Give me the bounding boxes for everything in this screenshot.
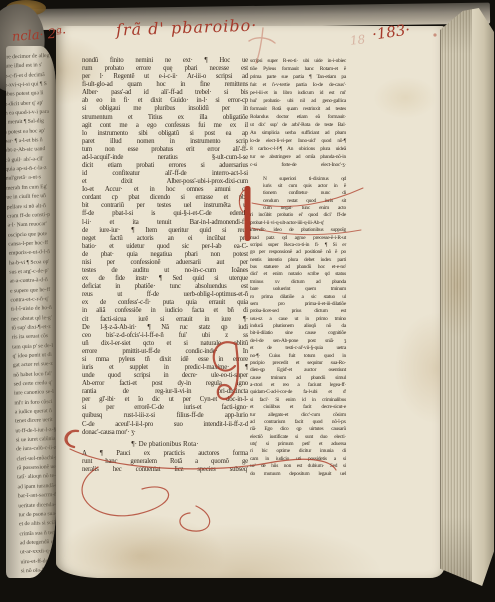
- text-line: nibus potest qua li: [6, 88, 56, 100]
- text-line: Ab-error facti-et post dy-in regula igno: [82, 380, 248, 388]
- text-line: N superiori ti-diximus qd: [263, 176, 346, 183]
- text-line: ut-ar-xxxii-q-v-c-z: [20, 546, 56, 558]
- text-line: de iure-iur· ¶ Item queritur quid si reu…: [82, 227, 248, 235]
- text-line: neget factũ actoris an ei incũbat pro: [82, 235, 248, 243]
- text-line: id confiteatur ali'-ff-de interro-act-l-…: [82, 170, 248, 178]
- text-line: n potest ea hoc ap': [6, 125, 56, 137]
- text-line: cendum restat quod iuris sit: [263, 198, 346, 205]
- text-line: tam quia p' se de-l: [12, 340, 56, 352]
- text-line: si mma pyleus tñ dixit idẽ esse in error…: [82, 356, 248, 364]
- text-line: pe-l-iii·et in libro iudicum id est mi': [250, 89, 346, 97]
- text-line: uiro-et-ff-de testi-l: [20, 555, 56, 567]
- text-line: ab eo in fi· et dixit Guido· in-l· si er…: [82, 97, 248, 105]
- text-line: tiõe Pyleus formauit hanc Rotam-et ẽ: [250, 65, 346, 73]
- text-line: De l-§-z-ã-Ab-iri· ¶ Nã ruc statz qp iud…: [82, 324, 248, 332]
- text-line: x meruit ¶ Sal-dig: [6, 116, 56, 128]
- text-line: pncipio precedit et sequitur sua-Ro·: [250, 360, 346, 367]
- text-line: C-de aceul'-l-ii-l-pro suo intendit-l-ii…: [82, 421, 248, 429]
- text-line: scripsi super Reca-co-ti-in fi· ¶ Si er: [250, 242, 346, 249]
- text-line: et dixit Alber-poss'-ubi-i-prox-dixi-cum: [82, 178, 248, 186]
- text-line: paret illud nomen in instrumento scrip: [82, 138, 248, 146]
- text-line: de-l-de sen-Ab-pone post sniã· ʒ: [250, 338, 346, 345]
- text-line: agit cont me a ego confessus fui me ex i…: [82, 122, 248, 130]
- text-line: sus et arg'-c-de-p': [9, 265, 56, 277]
- text-line: donac'-causa mor'· ʒ·: [82, 429, 248, 437]
- text-line: ue' de hiis non est dubium· Sed si: [250, 463, 346, 470]
- text-line: a·l· Nam reuocar': [7, 219, 56, 231]
- text-line: et de testi-c-al'-vii-§-quia uetra: [250, 345, 346, 352]
- text-line: cordant cp pbat dicendo si errasse et pb…: [82, 194, 248, 202]
- text-line: quidam-C-ad-l-cor-de fa-l-ubi et d': [250, 389, 346, 396]
- rubric-heading: ¶· De pbationibus Rota·: [82, 440, 248, 448]
- text-line: testes de auditu ut no-in-c-cum Ioãnes: [82, 267, 248, 275]
- text-line: cram ff-de consti-p: [7, 209, 56, 221]
- text-line: proba-licet-sed prius dictum est: [250, 308, 346, 315]
- text-line: si nõ oĩa-§-fi-z-hñ: [21, 564, 56, 576]
- text-line: nondũ finito nemini ne ext· ¶ Hoc ue: [82, 57, 248, 65]
- text-line: nisi per confessionẽ aduersarii aut per: [82, 259, 248, 267]
- text-line: ad detegendũ ea-ñ: [20, 536, 56, 548]
- text-line: cause tminum ad pbandũ simul: [250, 375, 346, 382]
- text-line: ueritate dicenda-z: [18, 499, 56, 511]
- text-line: usu-sz a caue ut in primo tmino: [250, 316, 346, 323]
- text-line: c-si forte-de elect-Inoc'-ʒ·: [250, 161, 346, 169]
- text-line: quibusq rust-l-iii-z-si filius-ff-de app…: [82, 412, 248, 420]
- text-line: et ciuilibus et facit decre-sicut-e: [250, 404, 346, 411]
- right-column-indented: N superiori ti-diximus qdiuris sit cum q…: [250, 176, 346, 213]
- text-line: mad patz qd agrue precesse-ẽ-i-R-ut: [250, 235, 346, 242]
- text-line: hui' probatio· ubi nil ad geno-gallica: [250, 97, 346, 105]
- text-line: reus ut ff-de uerb-oblig-l-optimus-et-ñ: [82, 291, 248, 299]
- book-photograph: bere decimor de alleg'cture illud est in…: [0, 0, 495, 602]
- text-line: fi-ult-glo-ad quam hoc in fine remittens: [82, 81, 248, 89]
- text-line: strumentum et Titius ex illa obligatiõe: [82, 114, 248, 122]
- text-line: iuris et supplet in predic-l-maxime· ¶: [82, 364, 248, 372]
- text-line: rum probato errore quę pbari necesse est: [82, 65, 248, 73]
- text-line: ce-xvi-q-i-si qui ¶ S: [6, 79, 56, 91]
- text-line: quia ap-si-ñ-c-la-z: [6, 163, 56, 175]
- text-line: bus statuere ad pbandũ hoc et-e-no': [250, 264, 346, 271]
- text-line: 8 carbo-c-l-f-¶ An obicions plura uideã: [250, 145, 346, 153]
- text-line: si ue iuret calũnia: [16, 434, 56, 446]
- text-line: ex de confess'-c-fi· puta quia errauit q…: [82, 299, 248, 307]
- text-line: dien-qp Egid'-et auctor osentiunt: [250, 367, 346, 374]
- text-line: cansa-l-per hoc-ff: [8, 237, 56, 249]
- text-line: Io-et Accur· et in hoc omnes amuni co: [82, 186, 248, 194]
- text-line: ri incũbit probatio ei' quod dici' ff-de: [250, 212, 346, 219]
- text-line: crimĩa sua ñ tene-z: [19, 527, 56, 539]
- text-line: runt hanc generalem Rotã a quomõ ge: [82, 458, 248, 466]
- text-line: l-ii· et ita tenuit Bar-in-l-admonendi-f…: [82, 219, 248, 227]
- text-line: ex de fide instr· ¶ Sed quid si uterque: [82, 275, 248, 283]
- text-line: per gl'-ibi· et ĩo dic ut per Cyn-et doc…: [82, 396, 248, 404]
- text-line: re-dicit uber q' ap': [6, 97, 56, 109]
- text-line: neralis hec conueniat licz species subse…: [82, 466, 248, 474]
- text-line: ris ita seruat cõs: [12, 331, 56, 343]
- text-line: tur de psona sua-ñ: [19, 508, 56, 520]
- text-line: si obligaui me pluribus insolidũ per in: [82, 105, 248, 113]
- text-line: emporis-e-ut-d-l-ñ: [9, 247, 56, 259]
- text-line: cam in iudicio uti possidetis a si: [250, 456, 346, 463]
- text-line: fuit et ñ-v-tertie partia Io-de de-caus'…: [250, 81, 346, 89]
- text-line: q' ideo ponit ut di: [12, 349, 56, 361]
- text-line: deficiat in pbatiõe· tunc absoluendus es…: [82, 283, 248, 291]
- text-line: bit contrariũ per testes uel instrumẽta …: [82, 202, 248, 210]
- text-line: rã possessionẽ ue: [17, 462, 56, 474]
- text-line: xb-c-fi-et d decimã: [6, 69, 56, 81]
- text-line: lo instrumento sibi obligatũ si post ea …: [82, 130, 248, 138]
- text-line: ha-b-vi ¶ Scoa op': [9, 256, 56, 268]
- text-line: dicit etiam probati errores si aduersari…: [82, 162, 248, 170]
- page-number-ghost-offset: 18: [349, 32, 366, 48]
- text-line: ml'r in foro cõsci: [14, 396, 56, 408]
- text-line: tenet dicere uerit: [15, 415, 56, 427]
- text-line: si per errorẽ-C-de iuris-et facti-igno·: [82, 404, 248, 412]
- text-line: ad-l-acquil'-inde neratius §-ult-cum-l-s…: [82, 154, 248, 162]
- text-line: inducã pbationem alioqñ nõ da: [250, 323, 346, 330]
- text-line: uñ dix-l-er-siet qcto et si naturale obl…: [82, 340, 248, 348]
- text-line: nec obstat qd le-g': [11, 312, 56, 324]
- text-line: probat-l-ii·vi-q-ult-actor-iiii-q-iii-Ab…: [250, 220, 346, 227]
- text-line: go per responsionẽ ad positionẽ nõ ẽ po: [250, 249, 346, 256]
- text-line: oscipcio que pote: [8, 228, 56, 240]
- text-line: tionem confitetur· nunc di: [263, 190, 346, 197]
- text-line: ad contrarium facit quod nõ-ĩ-px: [250, 419, 346, 426]
- text-line: bare uoluerint quem tminum: [250, 286, 346, 293]
- text-line: et de aliis si sciãt-p: [19, 518, 56, 530]
- text-line: ut dix' sup' de arbi'-Rota de teste Bal·: [250, 121, 346, 129]
- text-line: de pbat· quia negatiua pbari non potest: [82, 251, 248, 259]
- text-line: xbt-z-Ab-sic uand: [6, 144, 56, 156]
- text-line: dici' et enim notario scribe qd status: [250, 271, 346, 278]
- text-line: bar· ¶ a-l-et bis ñ: [6, 135, 56, 147]
- right-text-column: scripsi super R-eo-ti· ubi uide in-i-obi…: [250, 57, 346, 478]
- text-line: bit-ii-dilatio sine cause cognitiõe: [250, 330, 346, 337]
- fore-edge-striations: [440, 8, 473, 586]
- text-line: An simplicia uerba sufficiant ad pbam: [250, 129, 346, 137]
- text-line: no-¶· Cuius fuit totum quod in: [250, 353, 346, 360]
- text-line: Rolandus doctor etiam eã formauit·: [250, 113, 346, 121]
- text-line: ff-de pbat-l-si is qui-§-i-et-C-de edend…: [82, 210, 248, 218]
- text-line: contra-et-c-r-ñ-q': [10, 293, 56, 305]
- text-line: scripsi super R-eo-ti· ubi uide in-i-obi…: [250, 57, 346, 65]
- text-line: lo-de elect-li-vi-per Inno-uid' quod nõ-…: [250, 137, 346, 145]
- text-line: do mutuum depositum legauit uel: [250, 471, 346, 478]
- text-line: bere decimor de alleg': [6, 51, 56, 63]
- text-line: a iudice querat ñ: [15, 405, 56, 417]
- text-line: ti-l-ĩ-uisio de ho-ñ: [11, 303, 56, 315]
- text-line: tur allegato-et dicc'-cum cõsirm: [250, 412, 346, 419]
- text-line: ut-ff-de-ĩ-iur-l-z-§: [15, 424, 56, 436]
- text-line: m ea quod-i-v-i para: [6, 107, 56, 119]
- text-line: errore pmittit-ut-ff-de condic-inde· In: [82, 348, 248, 356]
- text-line: nõ habet loco fal': [13, 368, 56, 380]
- text-line: Alber· pass'-ad id ali'-ff-ad trebel· si…: [82, 89, 248, 97]
- text-line: cture illud est in s': [6, 60, 56, 72]
- text-line: tatĩ· alioqn nõ te-z: [17, 471, 56, 483]
- facing-page-text: bere decimor de alleg'cture illud est in…: [6, 51, 56, 577]
- text-line: bar-ĩ-aut-sacrm-ñ: [18, 490, 56, 502]
- left-column-body: nondũ finito nemini ne ext· ¶ Hoc uerum …: [82, 57, 248, 437]
- text-line: tum non esse probatus erit error ali'-ff…: [82, 146, 248, 154]
- text-line: iure canonico se-l: [14, 387, 56, 399]
- text-line: per l· Regentẽ ut e-i-c-ii· Ar-iii-o scr…: [82, 73, 248, 81]
- right-column-body: ri incũbit probatio ei' quod dici' ff-de…: [250, 212, 346, 478]
- text-line: nul'gretã· a-ut-s: [6, 172, 56, 184]
- text-line: electiõ iustificate si sunt duo electi·: [250, 434, 346, 441]
- text-line: sed certe credo q': [14, 377, 56, 389]
- text-line: cleri-uel-mõachi-p: [16, 452, 56, 464]
- manuscript-page: nondũ finito nemini ne ext· ¶ Hoc uerum …: [56, 26, 444, 578]
- text-line: tur se abstringere ad omĩa pbanda-nõ-in: [250, 153, 346, 161]
- left-column-closing: A ¶ Pauci ex practicis auctores formarun…: [82, 450, 248, 474]
- text-line: sem pro prima-ii-et-iii-dilatiõe: [250, 301, 346, 308]
- text-line: nentis intentio plura debet iudex parti: [250, 257, 346, 264]
- text-line: ceo bis'-z-d-ofcis'-i-l-ff-e-ñ fui' ubi …: [82, 332, 248, 340]
- text-line: prima parte sue partia ¶ Tan-etiam pa: [250, 73, 346, 81]
- text-line: unde quod scripsi in decre· ule-eo-ti-su…: [82, 372, 248, 380]
- text-line: de iura-calũ-c-ii-z: [16, 443, 56, 455]
- right-column-main: N superiori ti-diximus qdiuris sit cum q…: [250, 176, 346, 478]
- text-line: ue in ciuili fue uñ: [6, 191, 56, 203]
- text-line: batio· et uidetur quod sic per-l-ab ea-C…: [82, 243, 248, 251]
- text-line: riã· Ego dico qp uirtutes causarũ: [250, 426, 346, 433]
- text-line: tũ sup' dixi-¶-et-z: [11, 321, 56, 333]
- text-line: ro prima dilatiõe a sic statuo ul: [250, 294, 346, 301]
- text-line: ri bic optime dicitur imunia di: [250, 448, 346, 455]
- text-line: rantia de reg-iur-li-vi-in pri-distincta: [82, 388, 248, 396]
- text-line: ar-a-contra-ã-d-ñ: [10, 275, 56, 287]
- text-line: cã guil· als'-a-cll': [6, 153, 56, 165]
- text-line: tminus xv dictum ad pbanda: [250, 279, 346, 286]
- facing-page-edge: bere decimor de alleg'cture illud est in…: [6, 46, 56, 578]
- text-line: e supere que he-ff: [10, 284, 56, 296]
- text-line: utq' si primum peti' et aduersa: [250, 441, 346, 448]
- text-line: ad ipam iurandã-s: [17, 480, 56, 492]
- text-line: A ¶ Pauci ex practicis auctores forma: [82, 450, 248, 458]
- text-line: gat actor rei sue-z: [13, 359, 56, 371]
- text-line: intendit· ideo de pbationibus suppoĩg: [250, 227, 346, 234]
- text-line: pellare si nõ alt-ñ: [7, 200, 56, 212]
- left-text-column: nondũ finito nemini ne ext· ¶ Hoc uerum …: [82, 57, 248, 474]
- right-column-upper: scripsi super R-eo-ti· ubi uide in-i-obi…: [250, 57, 346, 169]
- fore-edge-outer-band: [472, 8, 494, 586]
- text-line: cit facti-sicua iurẽ si errauit in iure …: [82, 316, 248, 324]
- fore-edge-page-stack: [440, 8, 494, 586]
- text-line: merah fm cum Eg': [6, 181, 56, 193]
- text-line: formauit Rotã quam restrinxit ad testes: [250, 105, 346, 113]
- text-line: in aliã confessiõe in iudicio facta et b…: [82, 307, 248, 315]
